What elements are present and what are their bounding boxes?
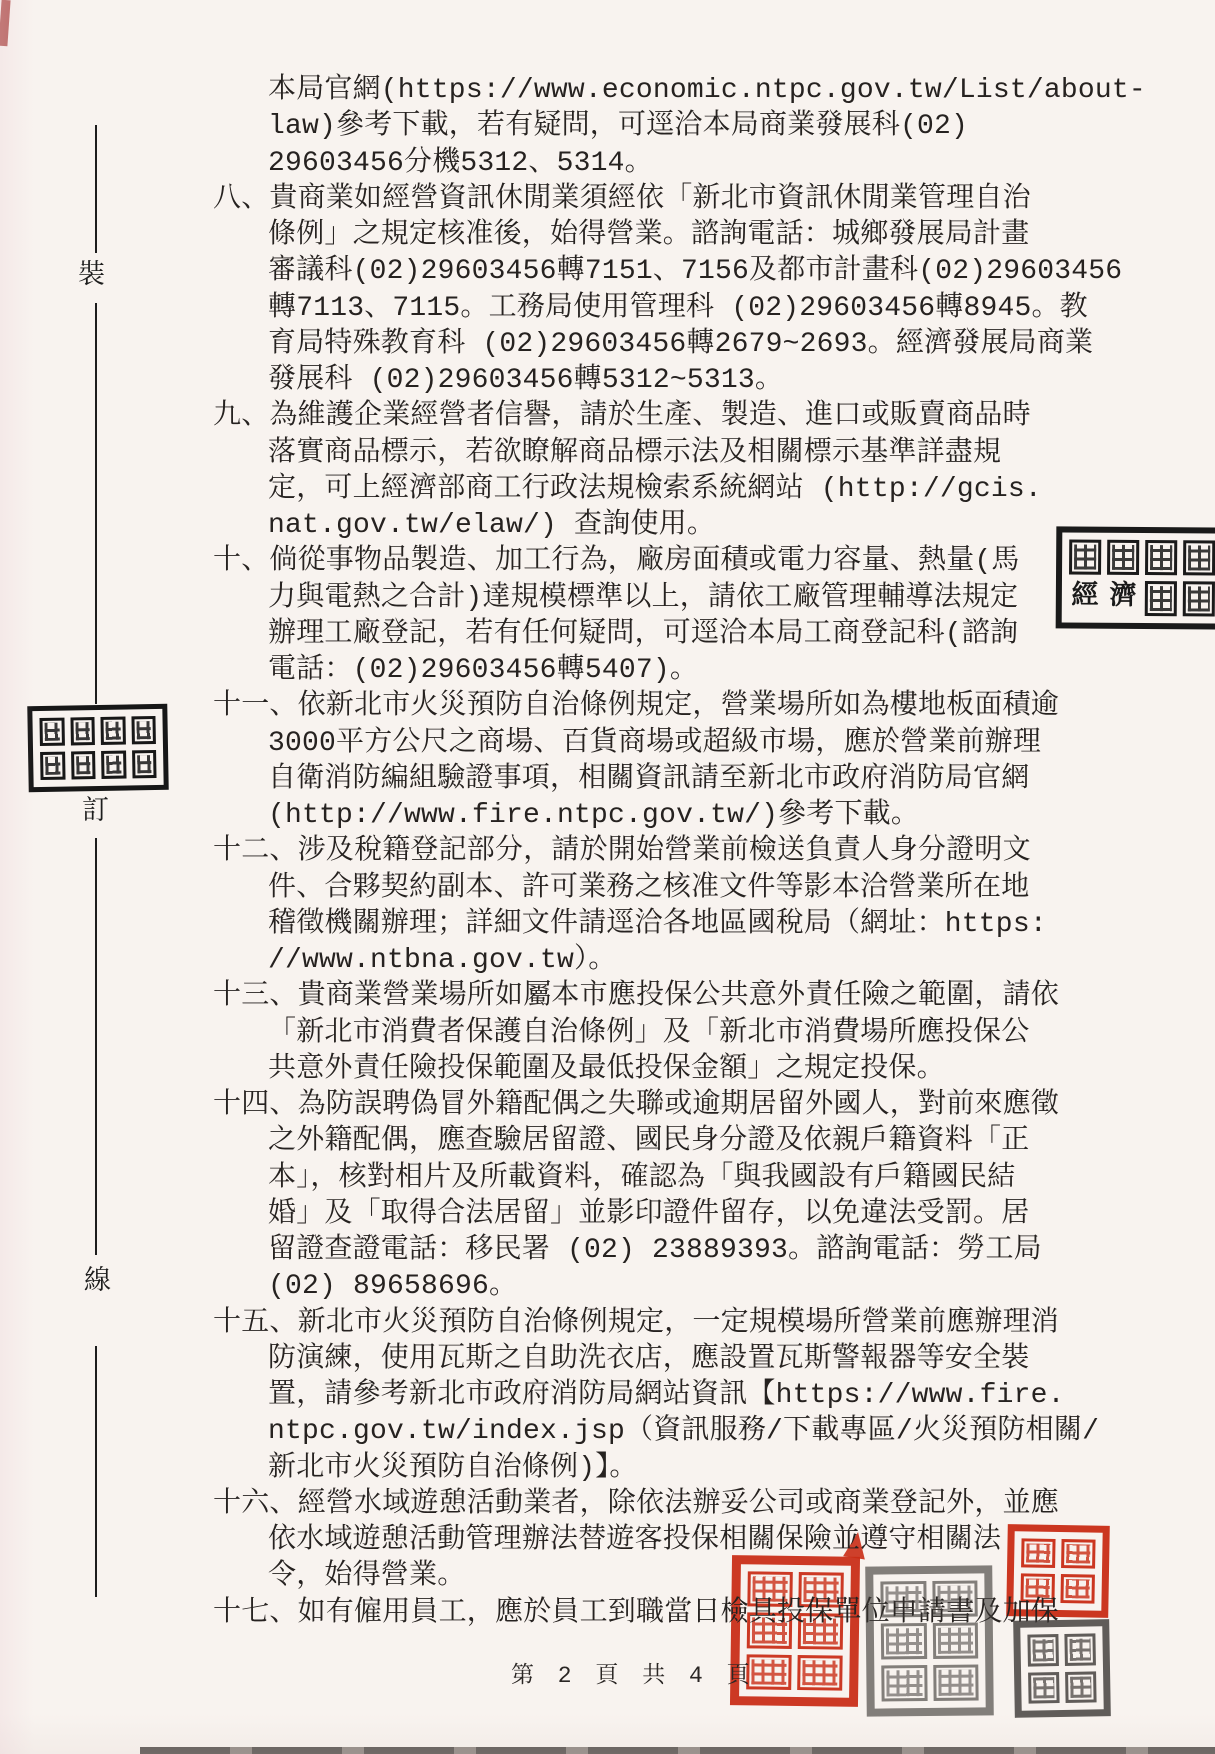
seal-glyph: [1145, 540, 1177, 575]
seal-glyph: [70, 717, 95, 745]
seal-glyph: [40, 752, 65, 780]
text-line: 依水域遊憩活動管理辦法替遊客投保相關保險並遵守相關法: [268, 1524, 1001, 1558]
numbered-item-line: 十、倘從事物品製造、加工行為，廠房面積或電力容量、熱量(馬: [213, 545, 1020, 579]
scanned-document-page: 裝 訂 線 本局官網(https://www.economic.ntpc.gov…: [0, 0, 1215, 1754]
text-line: 本局官網(https://www.economic.ntpc.gov.tw/Li…: [268, 74, 1146, 108]
numbered-item-line: 九、為維護企業經營者信譽，請於生產、製造、進口或販賣商品時: [213, 400, 1031, 434]
numbered-item-line: 十五、新北市火災預防自治條例規定，一定規模場所營業前應辦理消: [213, 1307, 1059, 1341]
seal-glyph: [932, 1622, 978, 1658]
text-line: 落實商品標示，若欲瞭解商品標示法及相關標示基準詳盡規: [268, 437, 1001, 471]
text-line: 件、合夥契約副本、許可業務之核准文件等影本洽營業所在地: [268, 872, 1029, 906]
seal-glyph: [1183, 581, 1215, 616]
numbered-item-line: 十四、為防誤聘偽冒外籍配偶之失聯或逾期居留外國人，對前來應徵: [213, 1089, 1059, 1123]
text-line: 3000平方公尺之商場、百貨商場或超級市場，應於營業前辦理: [268, 727, 1041, 761]
seal-glyph: [100, 717, 125, 745]
text-line: 辦理工廠登記，若有任何疑問，可逕洽本局工商登記科(諮詢: [268, 618, 1018, 652]
text-line: 力與電熱之合計)達規模標準以上，請依工廠管理輔導法規定: [268, 582, 1018, 616]
text-line: nat.gov.tw/elaw/) 查詢使用。: [268, 509, 715, 543]
text-line: //www.ntbna.gov.tw）。: [268, 944, 616, 978]
scan-edge-artifact: [140, 1747, 1215, 1754]
numbered-item-line: 十一、依新北市火災預防自治條例規定，營業場所如為樓地板面積逾: [213, 690, 1059, 724]
seal-glyph: [1065, 1671, 1097, 1703]
text-line: (02) 89658696。: [268, 1270, 517, 1304]
numbered-item-line: 八、貴商業如經營資訊休閒業須經依「新北市資訊休閒業管理自治: [213, 183, 1031, 217]
seal-glyph: [1145, 581, 1177, 616]
text-line: 共意外責任險投保範圍及最低投保金額」之規定投保。: [268, 1053, 945, 1087]
seal-glyph: [880, 1581, 926, 1617]
text-line: ntpc.gov.tw/index.jsp（資訊服務/下載專區/火災預防相關/: [268, 1415, 1099, 1449]
seal-glyph: [71, 751, 96, 779]
text-line: law)參考下載，若有疑問，可逕洽本局商業發展科(02): [268, 110, 968, 144]
text-line: 定，可上經濟部商工行政法規檢索系統網站 (http://gcis.: [268, 473, 1042, 507]
seal-character-ji: 濟: [1107, 581, 1139, 616]
text-line: (http://www.fire.ntpc.gov.tw/)參考下載。: [268, 799, 919, 833]
text-line: 「新北市消費者保護自治條例」及「新北市消費場所應投保公: [268, 1017, 1029, 1051]
text-line: 稽徵機關辦理；詳細文件請逕洽各地區國稅局（網址：https:: [268, 908, 1047, 942]
text-line: 自衛消防編組驗證事項，相關資訊請至新北市政府消防局官網: [268, 763, 1029, 797]
text-line: 令，始得營業。: [268, 1560, 465, 1594]
text-line: 29603456分機5312、5314。: [268, 147, 653, 181]
seal-glyph: [1064, 1633, 1096, 1665]
seal-glyph: [1183, 540, 1215, 575]
seal-glyph: [933, 1664, 979, 1700]
seal-glyph: [131, 716, 156, 744]
seal-glyph: [1028, 1672, 1060, 1704]
text-line: 置，請參考新北市政府消防局網站資訊【https://www.fire.: [268, 1379, 1065, 1413]
numbered-item-line: 十二、涉及稅籍登記部分，請於開始營業前檢送負責人身分證明文: [213, 835, 1031, 869]
left-margin-black-stamp: [27, 704, 168, 792]
right-margin-black-stamp: 經 濟: [1056, 526, 1215, 629]
seal-character-jing: 經: [1069, 580, 1101, 615]
text-line: 防演練，使用瓦斯之自助洗衣店，應設置瓦斯警報器等安全裝: [268, 1343, 1029, 1377]
seal-glyph: [881, 1623, 927, 1659]
page-number-footer: 第 2 頁 共 4 頁: [511, 1656, 752, 1689]
text-line: 留證查證電話：移民署 (02) 23889393。諮詢電話：勞工局: [268, 1234, 1042, 1268]
text-line: 審議科(02)29603456轉7151、7156及都市計畫科(02)29603…: [268, 255, 1122, 289]
document-body: 本局官網(https://www.economic.ntpc.gov.tw/Li…: [0, 0, 1215, 1754]
seal-glyph: [1107, 540, 1139, 575]
numbered-item-line: 十三、貴商業營業場所如屬本市應投保公共意外責任險之範圍，請依: [213, 980, 1059, 1014]
text-line: 本」，核對相片及所載資料，確認為「與我國設有戶籍國民結: [268, 1162, 1015, 1196]
bottom-small-black-seal: [1013, 1619, 1111, 1718]
text-line: 育局特殊教育科 (02)29603456轉2679~2693。經濟發展局商業: [268, 328, 1093, 362]
seal-glyph: [932, 1580, 978, 1616]
seal-glyph: [39, 718, 64, 746]
seal-glyph: [132, 750, 157, 778]
seal-glyph: [1069, 539, 1101, 574]
text-line: 轉7113、7115。工務局使用管理科 (02)29603456轉8945。教: [268, 292, 1088, 326]
text-line: 之外籍配偶，應查驗居留證、國民身分證及依親戶籍資料「正: [268, 1125, 1029, 1159]
seal-glyph: [101, 751, 126, 779]
text-line: 新北市火災預防自治條例)】。: [268, 1452, 638, 1486]
bottom-large-black-seal: [865, 1565, 994, 1716]
seal-glyph: [1027, 1634, 1059, 1666]
text-line: 電話：(02)29603456轉5407)。: [268, 654, 698, 688]
text-line: 發展科 (02)29603456轉5312~5313。: [268, 364, 783, 398]
seal-glyph: [881, 1665, 927, 1701]
numbered-item-line: 十六、經營水域遊憩活動業者，除依法辦妥公司或商業登記外，並應: [213, 1488, 1059, 1522]
text-line: 條例」之規定核准後，始得營業。諮詢電話：城鄉發展局計畫: [268, 219, 1029, 253]
text-line: 婚」及「取得合法居留」並影印證件留存，以免違法受罰。居: [268, 1198, 1029, 1232]
